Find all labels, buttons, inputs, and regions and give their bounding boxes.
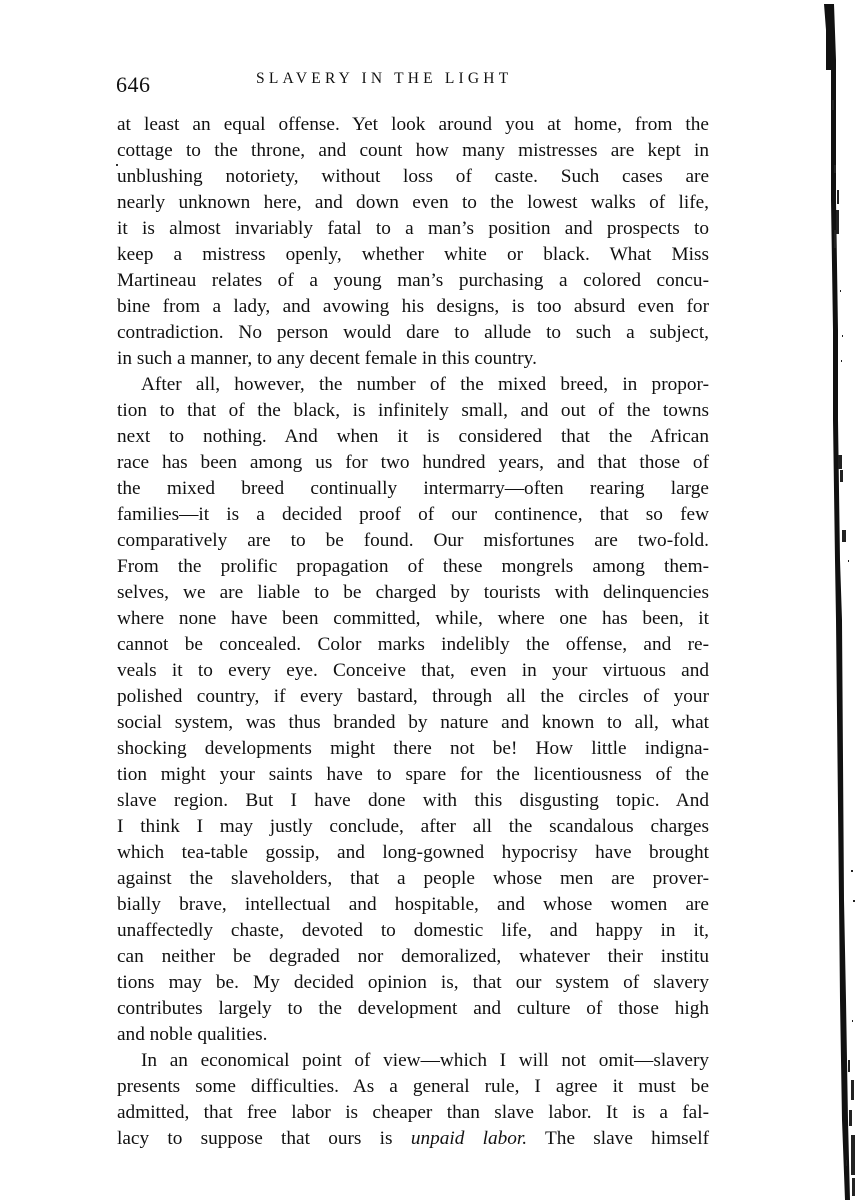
text-line: contradiction. No person would dare to a… <box>117 320 709 346</box>
running-title: SLAVERY IN THE LIGHT <box>256 70 512 88</box>
text-line: tion might your saints have to spare for… <box>117 762 709 788</box>
text-line: selves, we are liable to be charged by t… <box>117 580 709 606</box>
text-line: at least an equal offense. Yet look arou… <box>117 112 709 138</box>
text-line: which tea-table gossip, and long-gowned … <box>117 840 709 866</box>
text-line: unaffectedly chaste, devoted to domestic… <box>117 918 709 944</box>
text-line: contributes largely to the development a… <box>117 996 709 1022</box>
text-line: admitted, that free labor is cheaper tha… <box>117 1100 709 1126</box>
text-line: Martineau relates of a young man’s purch… <box>117 268 709 294</box>
text-run: lacy to suppose that ours is <box>117 1128 411 1149</box>
text-line: and noble qualities. <box>117 1022 709 1048</box>
text-line: presents some difficulties. As a general… <box>117 1074 709 1100</box>
text-line: bine from a lady, and avowing his design… <box>117 294 709 320</box>
text-line: comparatively are to be found. Our misfo… <box>117 528 709 554</box>
text-line: polished country, if every bastard, thro… <box>117 684 709 710</box>
text-line: I think I may justly conclude, after all… <box>117 814 709 840</box>
text-line: in such a manner, to any decent female i… <box>117 346 709 372</box>
text-line-with-emphasis: lacy to suppose that ours is unpaid labo… <box>117 1126 709 1152</box>
paragraph: After all, however, the number of the mi… <box>117 372 709 1048</box>
text-line: veals it to every eye. Conceive that, ev… <box>117 658 709 684</box>
text-line: cannot be concealed. Color marks indelib… <box>117 632 709 658</box>
text-line: it is almost invariably fatal to a man’s… <box>117 216 709 242</box>
text-line: families—it is a decided proof of our co… <box>117 502 709 528</box>
text-line: bially brave, intellectual and hospitabl… <box>117 892 709 918</box>
text-line: After all, however, the number of the mi… <box>117 372 709 398</box>
text-line: cottage to the throne, and count how man… <box>117 138 709 164</box>
text-line: where none have been committed, while, w… <box>117 606 709 632</box>
text-line: can neither be degraded nor demoralized,… <box>117 944 709 970</box>
text-line: tion to that of the black, is infinitely… <box>117 398 709 424</box>
text-line: the mixed breed continually intermarry—o… <box>117 476 709 502</box>
text-line: next to nothing. And when it is consider… <box>117 424 709 450</box>
text-line: social system, was thus branded by natur… <box>117 710 709 736</box>
text-line: shocking developments might there not be… <box>117 736 709 762</box>
text-line: nearly unknown here, and down even to th… <box>117 190 709 216</box>
page-number: 646 <box>116 72 151 98</box>
text-line: slave region. But I have done with this … <box>117 788 709 814</box>
text-line: keep a mistress openly, whether white or… <box>117 242 709 268</box>
page-header: 646 SLAVERY IN THE LIGHT <box>116 68 710 98</box>
text-line: In an economical point of view—which I w… <box>117 1048 709 1074</box>
text-line: against the slaveholders, that a people … <box>117 866 709 892</box>
text-line: From the prolific propagation of these m… <box>117 554 709 580</box>
text-line: tions may be. My decided opinion is, tha… <box>117 970 709 996</box>
paragraph: at least an equal offense. Yet look arou… <box>117 112 709 372</box>
paragraph: In an economical point of view—which I w… <box>117 1048 709 1152</box>
body-text: at least an equal offense. Yet look arou… <box>117 112 709 1152</box>
text-run: The slave himself <box>527 1128 709 1149</box>
text-line: race has been among us for two hundred y… <box>117 450 709 476</box>
scanned-book-page: 646 SLAVERY IN THE LIGHT at least an equ… <box>0 0 859 1200</box>
italic-emphasis: unpaid labor. <box>411 1128 527 1149</box>
text-line: unblushing notoriety, without loss of ca… <box>117 164 709 190</box>
